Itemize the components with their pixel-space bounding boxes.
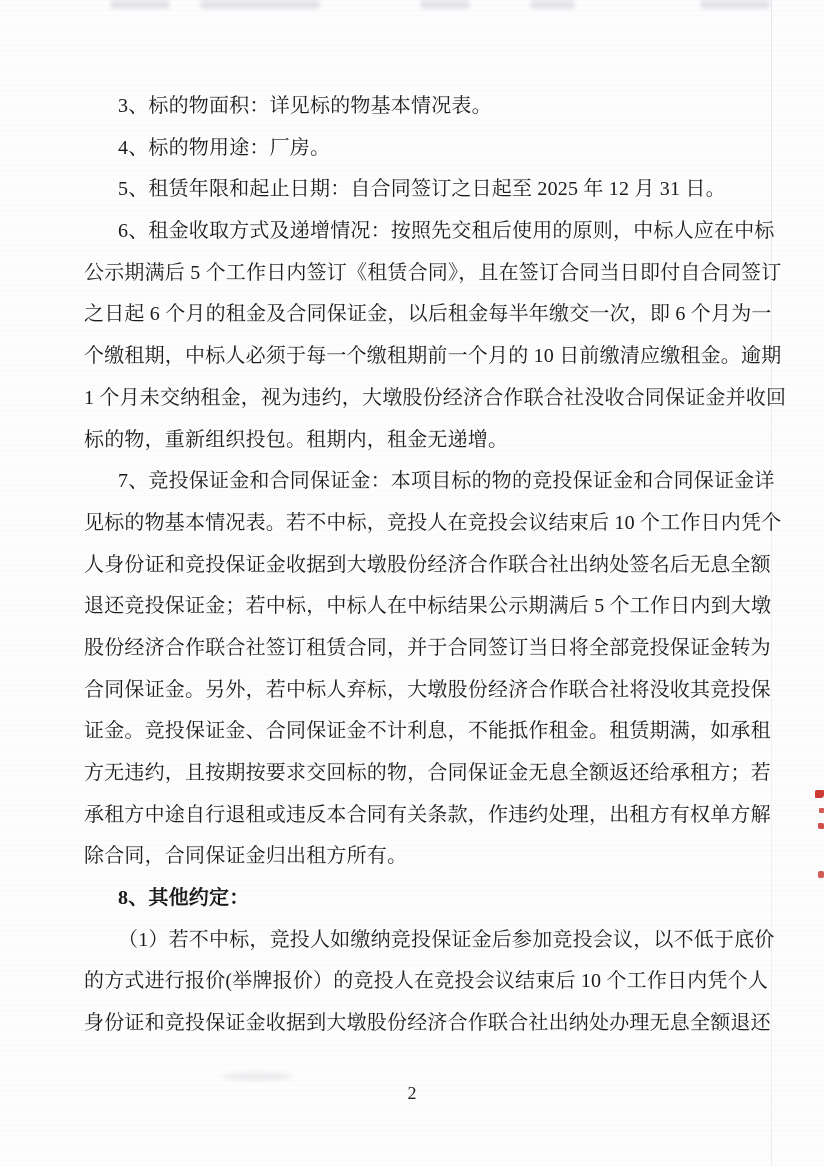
clause-8-item-1-line: （1）若不中标，竞投人如缴纳竞投保证金后参加竞投会议，以不低于底价 (84, 920, 752, 962)
document-line: 公示期满后 5 个工作日内签订《租赁合同》，且在签订合同当日即付自合同签订 (84, 253, 752, 295)
document-line: 见标的物基本情况表。若不中标，竞投人在竞投会议结束后 10 个工作日内凭个 (84, 503, 752, 545)
scan-edge-artifact (200, 0, 320, 9)
document-line: 退还竞投保证金；若中标，中标人在中标结果公示期满后 5 个工作日内到大墩 (84, 586, 752, 628)
scanned-document-page: 3、标的物面积：详见标的物基本情况表。 4、标的物用途：厂房。 5、租赁年限和起… (0, 0, 824, 1166)
clause-6-line: 6、租金收取方式及递增情况：按照先交租后使用的原则，中标人应在中标 (84, 211, 752, 253)
scan-edge-artifact (700, 0, 770, 9)
document-line: 股份经济合作联合社签订租赁合同，并于合同签订当日将全部竞投保证金转为 (84, 628, 752, 670)
red-margin-mark (815, 790, 824, 798)
red-margin-mark (818, 823, 824, 829)
scan-edge-artifact (420, 0, 470, 9)
clause-4-line: 4、标的物用途：厂房。 (84, 128, 752, 170)
document-line: 个缴租期，中标人必须于每一个缴租期前一个月的 10 日前缴清应缴租金。逾期 (84, 336, 752, 378)
clause-3-line: 3、标的物面积：详见标的物基本情况表。 (84, 86, 752, 128)
document-line: 承租方中途自行退租或违反本合同有关条款，作违约处理，出租方有权单方解 (84, 795, 752, 837)
document-line: 1 个月未交纳租金，视为违约，大墩股份经济合作联合社没收合同保证金并收回 (84, 378, 752, 420)
page-number: 2 (0, 1082, 824, 1104)
document-line: 证金。竞投保证金、合同保证金不计利息，不能抵作租金。租赁期满，如承租 (84, 711, 752, 753)
document-line: 合同保证金。另外，若中标人弃标，大墩股份经济合作联合社将没收其竞投保 (84, 670, 752, 712)
scan-edge-artifact (110, 0, 170, 9)
clause-7-line: 7、竞投保证金和合同保证金：本项目标的物的竞投保证金和合同保证金详 (84, 461, 752, 503)
document-line: 之日起 6 个月的租金及合同保证金，以后租金每半年缴交一次，即 6 个月为一 (84, 294, 752, 336)
pencil-smudge (222, 1072, 292, 1081)
clause-5-line: 5、租赁年限和起止日期：自合同签订之日起至 2025 年 12 月 31 日。 (84, 169, 752, 211)
document-line: 身份证和竞投保证金收据到大墩股份经济合作联合社出纳处办理无息全额退还 (84, 1003, 752, 1045)
document-line: 除合同，合同保证金归出租方所有。 (84, 836, 752, 878)
red-margin-mark (818, 871, 824, 878)
document-body: 3、标的物面积：详见标的物基本情况表。 4、标的物用途：厂房。 5、租赁年限和起… (84, 86, 752, 1045)
document-line: 标的物，重新组织投包。租期内，租金无递增。 (84, 420, 752, 462)
scan-edge-artifact (530, 0, 575, 9)
document-line: 的方式进行报价(举牌报价）的竞投人在竞投会议结束后 10 个工作日内凭个人 (84, 961, 752, 1003)
page-fold-line (771, 0, 772, 1166)
document-line: 方无违约，且按期按要求交回标的物，合同保证金无息全额返还给承租方；若 (84, 753, 752, 795)
red-margin-mark (819, 808, 824, 813)
document-line: 人身份证和竞投保证金收据到大墩股份经济合作联合社出纳处签名后无息全额 (84, 545, 752, 587)
clause-8-heading: 8、其他约定： (84, 878, 752, 920)
